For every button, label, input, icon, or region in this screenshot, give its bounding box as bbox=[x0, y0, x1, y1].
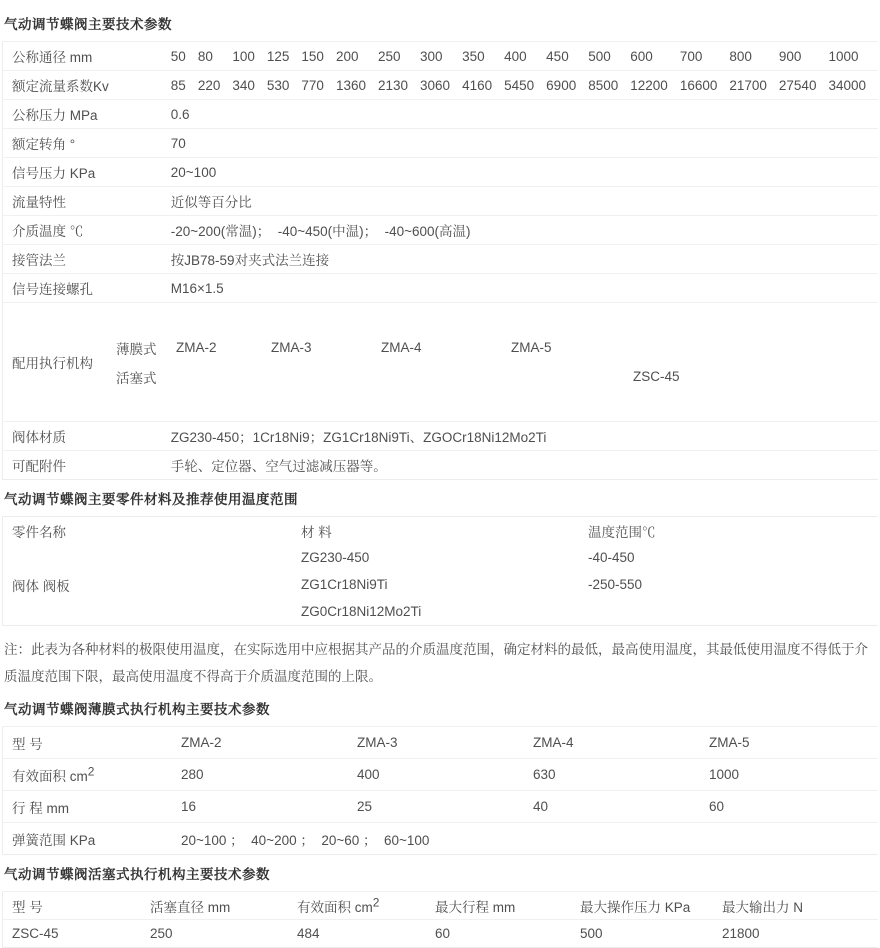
row-label: 有效面积 cm2 bbox=[3, 759, 182, 791]
section3-title: 气动调节蝶阀薄膜式执行机构主要技术参数 bbox=[4, 698, 880, 718]
cell: 1000 bbox=[709, 759, 878, 791]
cell: ZMA-5 bbox=[709, 727, 878, 759]
cell: ZMA-4 bbox=[381, 340, 511, 355]
row-stroke: 行 程 mm 16 25 40 60 bbox=[3, 791, 879, 823]
cell: 250 bbox=[150, 920, 297, 948]
cell: 250 bbox=[378, 42, 420, 71]
table-header-row: 型 号 活塞直径 mm 有效面积 cm2 最大行程 mm 最大操作压力 KPa … bbox=[3, 892, 879, 920]
cell: ZSC-45 bbox=[3, 920, 151, 948]
row-matched-actuator: 配用执行机构 薄膜式 活塞式 ZMA-2 ZMA-3 ZMA-4 ZMA-5 bbox=[3, 303, 879, 422]
cell: 40 bbox=[533, 791, 709, 823]
cell: 600 bbox=[630, 42, 680, 71]
cell: 300 bbox=[420, 42, 462, 71]
row-label: 公称压力 MPa bbox=[3, 100, 171, 129]
cell: 630 bbox=[533, 759, 709, 791]
section2-title: 气动调节蝶阀主要零件材料及推荐使用温度范围 bbox=[4, 488, 880, 508]
cell: 1360 bbox=[336, 71, 378, 100]
part-name-cell: 阀体 阀板 bbox=[3, 544, 302, 626]
cell: 8500 bbox=[588, 71, 630, 100]
cell: 85 bbox=[171, 71, 198, 100]
cell: ZMA-2 bbox=[181, 727, 357, 759]
table-header-row: 零件名称 材 料 温度范围℃ bbox=[3, 517, 879, 545]
row-label: 介质温度 ℃ bbox=[3, 216, 171, 245]
cell: 500 bbox=[588, 42, 630, 71]
cell: ZG0Cr18Ni12Mo2Ti bbox=[301, 598, 588, 626]
row-label: 流量特性 bbox=[3, 187, 171, 216]
row-value: 0.6 bbox=[171, 100, 878, 129]
column-header-piston-diameter: 活塞直径 mm bbox=[150, 892, 297, 920]
row-effective-area: 有效面积 cm2 280 400 630 1000 bbox=[3, 759, 879, 791]
film-actuator-models: ZMA-2 ZMA-3 ZMA-4 ZMA-5 bbox=[176, 333, 878, 362]
cell: 280 bbox=[181, 759, 357, 791]
cell: 700 bbox=[680, 42, 730, 71]
row-label: 阀体材质 bbox=[3, 422, 171, 451]
cell: 100 bbox=[232, 42, 267, 71]
cell: 50 bbox=[171, 42, 198, 71]
section3-film-actuator-table: 型 号 ZMA-2 ZMA-3 ZMA-4 ZMA-5 有效面积 cm2 280… bbox=[2, 726, 878, 855]
row-optional-accessories: 可配附件 手轮、定位器、空气过滤减压器等。 bbox=[3, 451, 879, 480]
row-value: 70 bbox=[171, 129, 878, 158]
row-rated-rotation-angle: 额定转角 ° 70 bbox=[3, 129, 879, 158]
column-header-max-output-force: 最大输出力 N bbox=[722, 892, 878, 920]
column-header-model: 型 号 bbox=[3, 892, 151, 920]
cell: 25 bbox=[357, 791, 533, 823]
cell: 12200 bbox=[630, 71, 680, 100]
cell: ZMA-3 bbox=[357, 727, 533, 759]
cell: 6900 bbox=[546, 71, 588, 100]
table-row: 阀体 阀板 ZG230-450 -40-450 bbox=[3, 544, 879, 571]
cell bbox=[588, 598, 878, 626]
valve-spec-document: 气动调节蝶阀主要技术参数 公称通径 mm 50 80 100 125 150 2… bbox=[0, 0, 880, 948]
row-label: 公称通径 mm bbox=[3, 42, 171, 71]
cell: ZMA-3 bbox=[271, 340, 381, 355]
row-label: 接管法兰 bbox=[3, 245, 171, 274]
cell: ZMA-5 bbox=[511, 340, 552, 355]
row-label: 弹簧范围 KPa bbox=[3, 823, 182, 855]
row-spring-range: 弹簧范围 KPa 20~100 ； 40~200 ； 20~60 ； 60~10… bbox=[3, 823, 879, 855]
cell: 220 bbox=[198, 71, 233, 100]
row-signal-pressure: 信号压力 KPa 20~100 bbox=[3, 158, 879, 187]
section4-piston-actuator-table: 型 号 活塞直径 mm 有效面积 cm2 最大行程 mm 最大操作压力 KPa … bbox=[2, 891, 878, 948]
cell: 900 bbox=[779, 42, 829, 71]
actuator-type-piston: 活塞式 bbox=[116, 362, 176, 391]
cell: ZMA-4 bbox=[533, 727, 709, 759]
row-label: 可配附件 bbox=[3, 451, 171, 480]
cell: ZMA-2 bbox=[176, 340, 271, 355]
cell: 1000 bbox=[828, 42, 878, 71]
cell: 5450 bbox=[504, 71, 546, 100]
row-flow-coefficient: 额定流量系数Kv 85 220 340 530 770 1360 2130 30… bbox=[3, 71, 879, 100]
cell: -40-450 bbox=[588, 544, 878, 571]
cell: 16 bbox=[181, 791, 357, 823]
cell: 400 bbox=[504, 42, 546, 71]
row-value: 20~100 bbox=[171, 158, 878, 187]
cell: 200 bbox=[336, 42, 378, 71]
cell: ZG230-450 bbox=[301, 544, 588, 571]
row-label: 额定转角 ° bbox=[3, 129, 171, 158]
cell: 4160 bbox=[462, 71, 504, 100]
row-label: 额定流量系数Kv bbox=[3, 71, 171, 100]
row-value: ZG230-450；1Cr18Ni9；ZG1Cr18Ni9Ti、ZGOCr18N… bbox=[171, 422, 878, 451]
cell: 450 bbox=[546, 42, 588, 71]
row-label: 型 号 bbox=[3, 727, 182, 759]
row-value: 按JB78-59对夹式法兰连接 bbox=[171, 245, 878, 274]
table-row: ZSC-45 250 484 60 500 21800 bbox=[3, 920, 879, 948]
row-label: 行 程 mm bbox=[3, 791, 182, 823]
cell: 800 bbox=[729, 42, 779, 71]
cell: 150 bbox=[301, 42, 336, 71]
cell: 21700 bbox=[729, 71, 779, 100]
cell: ZG1Cr18Ni9Ti bbox=[301, 571, 588, 598]
row-signal-thread-hole: 信号连接螺孔 M16×1.5 bbox=[3, 274, 879, 303]
row-pipe-flange: 接管法兰 按JB78-59对夹式法兰连接 bbox=[3, 245, 879, 274]
row-value: M16×1.5 bbox=[171, 274, 878, 303]
cell: 80 bbox=[198, 42, 233, 71]
cell: 2130 bbox=[378, 71, 420, 100]
cell: 21800 bbox=[722, 920, 878, 948]
column-header-part: 零件名称 bbox=[3, 517, 302, 545]
row-value: 20~100 ； 40~200 ； 20~60 ； 60~100 bbox=[181, 823, 878, 855]
cell: 340 bbox=[232, 71, 267, 100]
column-header-material: 材 料 bbox=[301, 517, 588, 545]
row-body-material: 阀体材质 ZG230-450；1Cr18Ni9；ZG1Cr18Ni9Ti、ZGO… bbox=[3, 422, 879, 451]
cell: 60 bbox=[435, 920, 580, 948]
cell: 500 bbox=[580, 920, 722, 948]
piston-actuator-models: ZSC-45 bbox=[176, 362, 878, 391]
actuator-row: 配用执行机构 薄膜式 活塞式 ZMA-2 ZMA-3 ZMA-4 ZMA-5 bbox=[3, 333, 878, 391]
row-nominal-pressure: 公称压力 MPa 0.6 bbox=[3, 100, 879, 129]
section1-title: 气动调节蝶阀主要技术参数 bbox=[4, 13, 880, 33]
row-label: 信号压力 KPa bbox=[3, 158, 171, 187]
cell: 34000 bbox=[828, 71, 878, 100]
row-model: 型 号 ZMA-2 ZMA-3 ZMA-4 ZMA-5 bbox=[3, 727, 879, 759]
usage-temperature-note: 注：此表为各种材料的极限使用温度，在实际选用中应根据其产品的介质温度范围，确定材… bbox=[4, 636, 872, 690]
section4-title: 气动调节蝶阀活塞式执行机构主要技术参数 bbox=[4, 863, 880, 883]
cell: ZSC-45 bbox=[633, 369, 680, 384]
row-flow-characteristic: 流量特性 近似等百分比 bbox=[3, 187, 879, 216]
cell: -250-550 bbox=[588, 571, 878, 598]
cell: 770 bbox=[301, 71, 336, 100]
cell: 3060 bbox=[420, 71, 462, 100]
cell: 27540 bbox=[779, 71, 829, 100]
cell: 484 bbox=[297, 920, 435, 948]
cell: 16600 bbox=[680, 71, 730, 100]
column-header-effective-area: 有效面积 cm2 bbox=[297, 892, 435, 920]
cell: 400 bbox=[357, 759, 533, 791]
actuator-type-film: 薄膜式 bbox=[116, 333, 176, 362]
cell: 60 bbox=[709, 791, 878, 823]
superscript: 2 bbox=[88, 764, 95, 778]
cell: 530 bbox=[267, 71, 302, 100]
section1-parameters-table: 公称通径 mm 50 80 100 125 150 200 250 300 35… bbox=[2, 41, 878, 480]
row-value: 近似等百分比 bbox=[171, 187, 878, 216]
column-header-temp-range: 温度范围℃ bbox=[588, 517, 878, 545]
column-header-max-pressure: 最大操作压力 KPa bbox=[580, 892, 722, 920]
row-value: 手轮、定位器、空气过滤减压器等。 bbox=[171, 451, 878, 480]
row-label: 配用执行机构 bbox=[3, 333, 116, 391]
cell: 350 bbox=[462, 42, 504, 71]
section2-materials-table: 零件名称 材 料 温度范围℃ 阀体 阀板 ZG230-450 -40-450 Z… bbox=[2, 516, 878, 626]
row-label: 信号连接螺孔 bbox=[3, 274, 171, 303]
row-value: -20~200(常温)； -40~450(中温)； -40~600(高温) bbox=[171, 216, 878, 245]
row-medium-temperature: 介质温度 ℃ -20~200(常温)； -40~450(中温)； -40~600… bbox=[3, 216, 879, 245]
column-header-max-stroke: 最大行程 mm bbox=[435, 892, 580, 920]
superscript: 2 bbox=[373, 895, 380, 909]
row-nominal-diameter: 公称通径 mm 50 80 100 125 150 200 250 300 35… bbox=[3, 42, 879, 71]
cell: 125 bbox=[267, 42, 302, 71]
